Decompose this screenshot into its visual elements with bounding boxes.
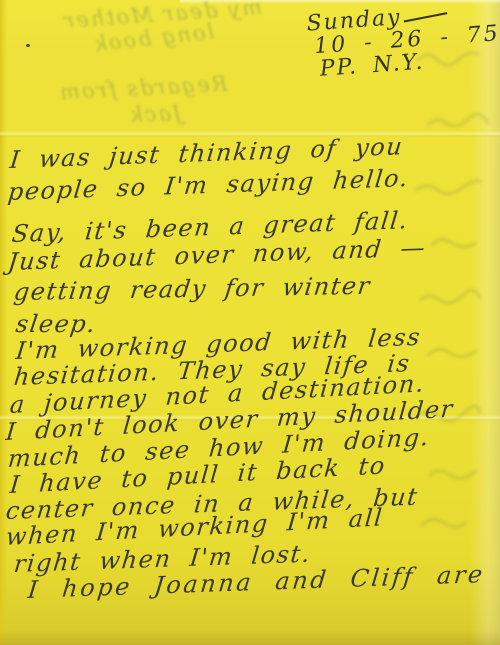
paper-speck (26, 44, 30, 47)
letter-line: getting ready for winter (12, 272, 372, 306)
bleedthrough-line: Regards from (57, 72, 228, 105)
letter-heading: Sunday 10 - 26 - 75 PP. N.Y. (306, 0, 500, 81)
bleedthrough-line: Jack (128, 101, 182, 127)
paper-bottom-edge (0, 631, 500, 645)
letter-page: my dear Mother long book Regards from Ja… (0, 0, 500, 645)
